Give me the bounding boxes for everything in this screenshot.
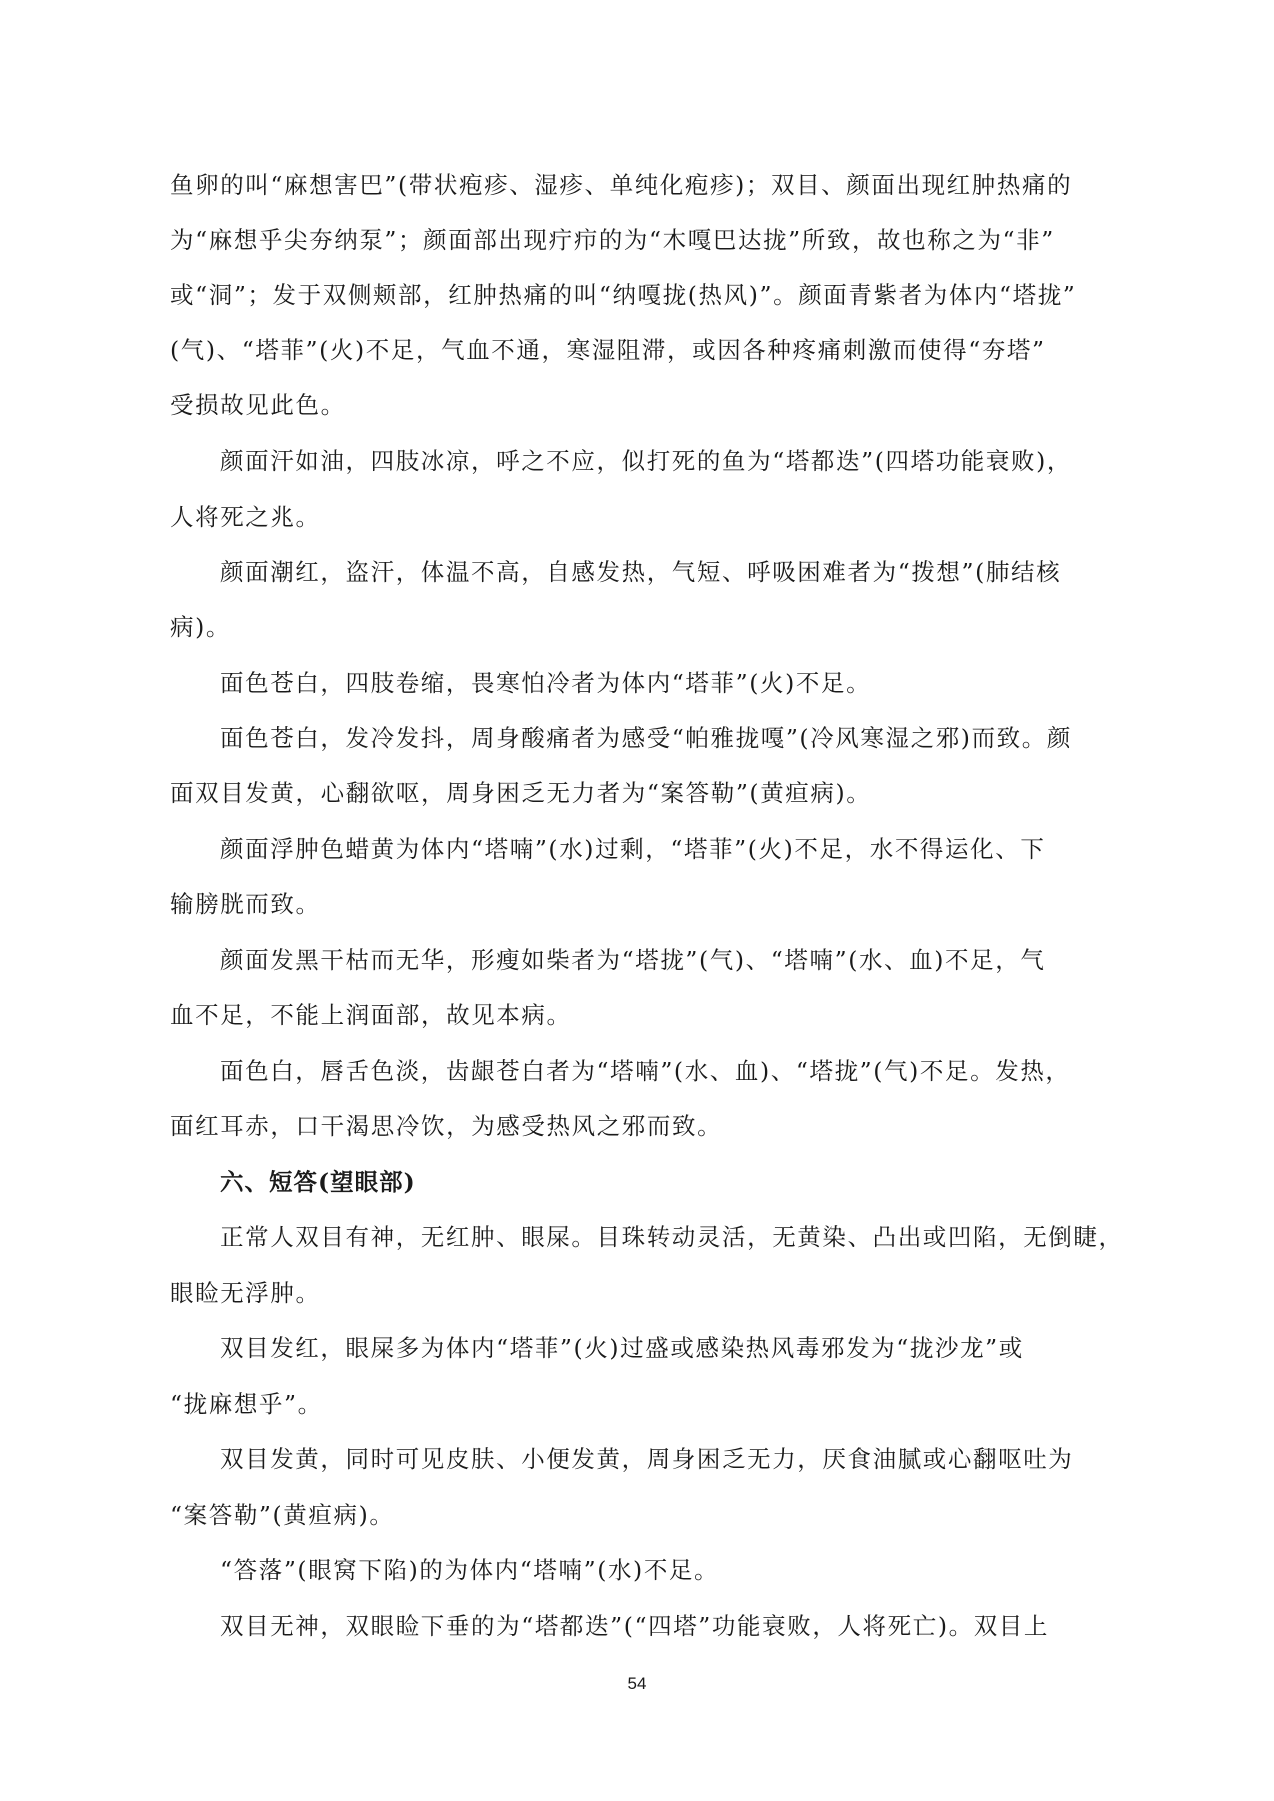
- text-line: 受损故见此色。: [170, 390, 1130, 420]
- text-line: 为“麻想乎尖夯纳泵”；颜面部出现疔疖的为“木嘎巴达拢”所致，故也称之为“非”: [170, 225, 1130, 255]
- text-line: “案答勒”(黄疸病)。: [170, 1500, 1130, 1530]
- page-number: 54: [0, 1674, 1274, 1694]
- paragraph-first-line: 面色苍白，发冷发抖，周身酸痛者为感受“帕雅拢嘎”(冷风寒湿之邪)而致。颜: [220, 723, 1180, 753]
- paragraph-first-line: 面色苍白，四肢卷缩，畏寒怕冷者为体内“塔菲”(火)不足。: [220, 668, 1180, 698]
- paragraph-first-line: 面色白，唇舌色淡，齿龈苍白者为“塔喃”(水、血)、“塔拢”(气)不足。发热，: [220, 1056, 1180, 1086]
- text-line: 病)。: [170, 612, 1130, 642]
- paragraph-first-line: 双目发红，眼屎多为体内“塔菲”(火)过盛或感染热风毒邪发为“拢沙龙”或: [220, 1333, 1180, 1363]
- document-page: 鱼卵的叫“麻想害巴”(带状疱疹、湿疹、单纯化疱疹)；双目、颜面出现红肿热痛的 为…: [0, 0, 1274, 1801]
- paragraph-first-line: “答落”(眼窝下陷)的为体内“塔喃”(水)不足。: [220, 1555, 1180, 1585]
- text-line: 面双目发黄，心翻欲呕，周身困乏无力者为“案答勒”(黄疸病)。: [170, 778, 1130, 808]
- text-line: 人将死之兆。: [170, 502, 1130, 532]
- section-heading: 六、短答(望眼部): [220, 1167, 1180, 1197]
- paragraph-first-line: 颜面浮肿色蜡黄为体内“塔喃”(水)过剩，“塔菲”(火)不足，水不得运化、下: [220, 834, 1180, 864]
- paragraph-first-line: 颜面汗如油，四肢冰凉，呼之不应，似打死的鱼为“塔都迭”(四塔功能衰败)，: [220, 446, 1180, 476]
- text-line: 或“洞”；发于双侧颊部，红肿热痛的叫“纳嘎拢(热风)”。颜面青紫者为体内“塔拢”: [170, 280, 1130, 310]
- paragraph-first-line: 双目无神，双眼睑下垂的为“塔都迭”(“四塔”功能衰败，人将死亡)。双目上: [220, 1611, 1180, 1641]
- text-line: 眼睑无浮肿。: [170, 1278, 1130, 1308]
- text-line: “拢麻想乎”。: [170, 1389, 1130, 1419]
- text-line: 面红耳赤，口干渴思冷饮，为感受热风之邪而致。: [170, 1111, 1130, 1141]
- paragraph-first-line: 正常人双目有神，无红肿、眼屎。目珠转动灵活，无黄染、凸出或凹陷，无倒睫，: [220, 1222, 1180, 1252]
- text-line: (气)、“塔菲”(火)不足，气血不通，寒湿阻滞，或因各种疼痛刺激而使得“夯塔”: [170, 335, 1130, 365]
- paragraph-first-line: 颜面发黑干枯而无华，形瘦如柴者为“塔拢”(气)、“塔喃”(水、血)不足，气: [220, 945, 1180, 975]
- text-line: 鱼卵的叫“麻想害巴”(带状疱疹、湿疹、单纯化疱疹)；双目、颜面出现红肿热痛的: [170, 170, 1130, 200]
- paragraph-first-line: 颜面潮红，盗汗，体温不高，自感发热，气短、呼吸困难者为“拨想”(肺结核: [220, 557, 1180, 587]
- text-line: 血不足，不能上润面部，故见本病。: [170, 1000, 1130, 1030]
- paragraph-first-line: 双目发黄，同时可见皮肤、小便发黄，周身困乏无力，厌食油腻或心翻呕吐为: [220, 1444, 1180, 1474]
- text-line: 输膀胱而致。: [170, 889, 1130, 919]
